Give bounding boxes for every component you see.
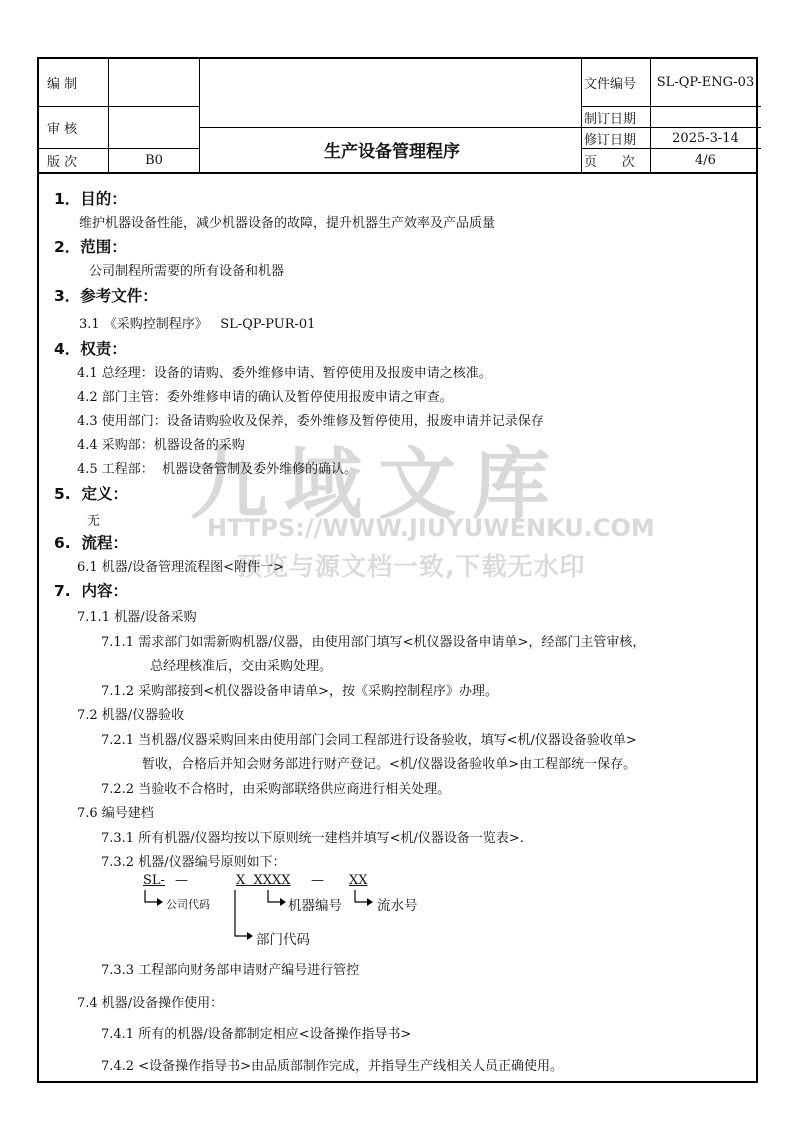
value-created-date (651, 107, 760, 127)
content-item-continued: 暂收，合格后并知会财务部进行财产登记。<机/仪器设备验收单>由工程部统一保存。 (142, 753, 636, 772)
purpose-text: 维护机器设备性能，减少机器设备的故障，提升机器生产效率及产品质量 (79, 212, 495, 231)
label-company-code: 公司代码 (166, 896, 210, 912)
content-subheading: 7.4 机器/设备操作使用： (77, 992, 223, 1011)
code-separator: — (311, 873, 324, 888)
responsibility-item: 4.3 使用部门：设备请购验收及保养，委外维修及暂停使用，报废申请并记录保存 (77, 410, 544, 429)
scope-text: 公司制程所需要的所有设备和机器 (89, 260, 284, 279)
content-item: 7.4.2 <设备操作指导书>由品质部制作完成，并指导生产线相关人员正确使用。 (101, 1055, 563, 1074)
responsibility-item: 4.1 总经理：设备的请购、委外维修申请、暂停使用及报废申请之核准。 (77, 362, 492, 381)
reference-item: 3.1 《采购控制程序》 SL-QP-PUR-01 (79, 313, 315, 332)
document-title: 生产设备管理程序 (201, 127, 583, 171)
label-dept-code: 部门代码 (256, 928, 310, 948)
label-version: 版 次 (39, 149, 108, 172)
label-compiled-by: 编 制 (39, 59, 108, 106)
content-item: 7.3.1 所有机器/仪器均按以下原则统一建档并填写<机/仪器设备一览表>. (101, 827, 524, 846)
responsibility-item: 4.4 采购部：机器设备的采购 (77, 434, 245, 453)
section-heading-responsibilities: 4．权责： (54, 337, 127, 359)
label-serial-number: 流水号 (377, 894, 418, 914)
content-item: 7.2.2 当验收不合格时，由采购部联络供应商进行相关处理。 (101, 778, 450, 797)
label-page: 页 次 (582, 149, 650, 172)
section-heading-scope: 2．范围： (54, 235, 127, 257)
process-item: 6.1 机器/设备管理流程图<附件一> (77, 556, 284, 575)
section-heading-process: 6. 流程： (54, 531, 128, 553)
section-heading-definitions: 5. 定义： (54, 482, 128, 504)
label-created-date: 制订日期 (582, 107, 650, 127)
content-item-continued: 总经理核准后，交由采购处理。 (150, 655, 332, 674)
content-item: 7.1.2 采购部接到<机仪器设备申请单>，按《采购控制程序》办理。 (101, 680, 498, 699)
code-segment-dept-machine: X XXXX (236, 873, 291, 888)
watermark-brand: 九域文库 (190, 422, 566, 534)
content-item: 7.2.1 当机器/仪器采购回来由使用部门会同工程部进行设备验收，填写<机/仪器… (101, 729, 637, 748)
content-item: 7.3.3 工程部向财务部申请财产编号进行管控 (101, 959, 359, 978)
label-doc-number: 文件编号 (582, 59, 650, 106)
definitions-text: 无 (87, 510, 100, 529)
watermark-tagline: 预览与源文档一致,下载无水印 (237, 547, 586, 583)
content-item: 7.4.1 所有的机器/设备都制定相应<设备操作指导书> (101, 1023, 411, 1042)
label-revised-date: 修订日期 (582, 128, 650, 148)
document-page: 编 制 审 核 版 次 B0 生产设备管理程序 文件编号 SL-QP-ENG-0… (37, 57, 758, 1083)
value-compiled-by (109, 59, 199, 106)
content-subheading: 7.1.1 机器/设备采购 (77, 606, 197, 625)
header-table: 编 制 审 核 版 次 B0 生产设备管理程序 文件编号 SL-QP-ENG-0… (39, 59, 756, 174)
watermark-url: HTTPS://WWW.JIUYUWENKU.COM (207, 514, 655, 542)
responsibility-item: 4.2 部门主管：委外维修申请的确认及暂停使用报废申请之审查。 (77, 386, 453, 405)
code-segment-company: SL- (143, 873, 165, 888)
value-revised-date: 2025-3-14 (651, 128, 760, 148)
content-subheading: 7.2 机器/仪器验收 (77, 704, 184, 723)
label-machine-number: 机器编号 (288, 894, 342, 914)
responsibility-item: 4.5 工程部： 机器设备管制及委外维修的确认。 (77, 458, 357, 477)
divider (199, 59, 200, 172)
value-doc-number: SL-QP-ENG-03 (651, 59, 760, 106)
section-heading-purpose: 1．目的： (54, 187, 127, 209)
label-reviewed-by: 审 核 (39, 107, 108, 148)
value-page: 4/6 (651, 149, 760, 172)
value-version: B0 (109, 149, 199, 172)
content-item: 7.3.2 机器/仪器编号原则如下： (101, 851, 286, 870)
content-subheading: 7.6 编号建档 (77, 802, 154, 821)
code-separator: — (175, 873, 188, 888)
code-segment-serial: XX (349, 873, 368, 888)
section-heading-content: 7. 内容： (54, 579, 128, 601)
content-item: 7.1.1 需求部门如需新购机器/仪器，由使用部门填写<机仪器设备申请单>，经部… (101, 631, 645, 650)
section-heading-references: 3．参考文件： (54, 284, 158, 306)
value-reviewed-by (109, 107, 199, 148)
